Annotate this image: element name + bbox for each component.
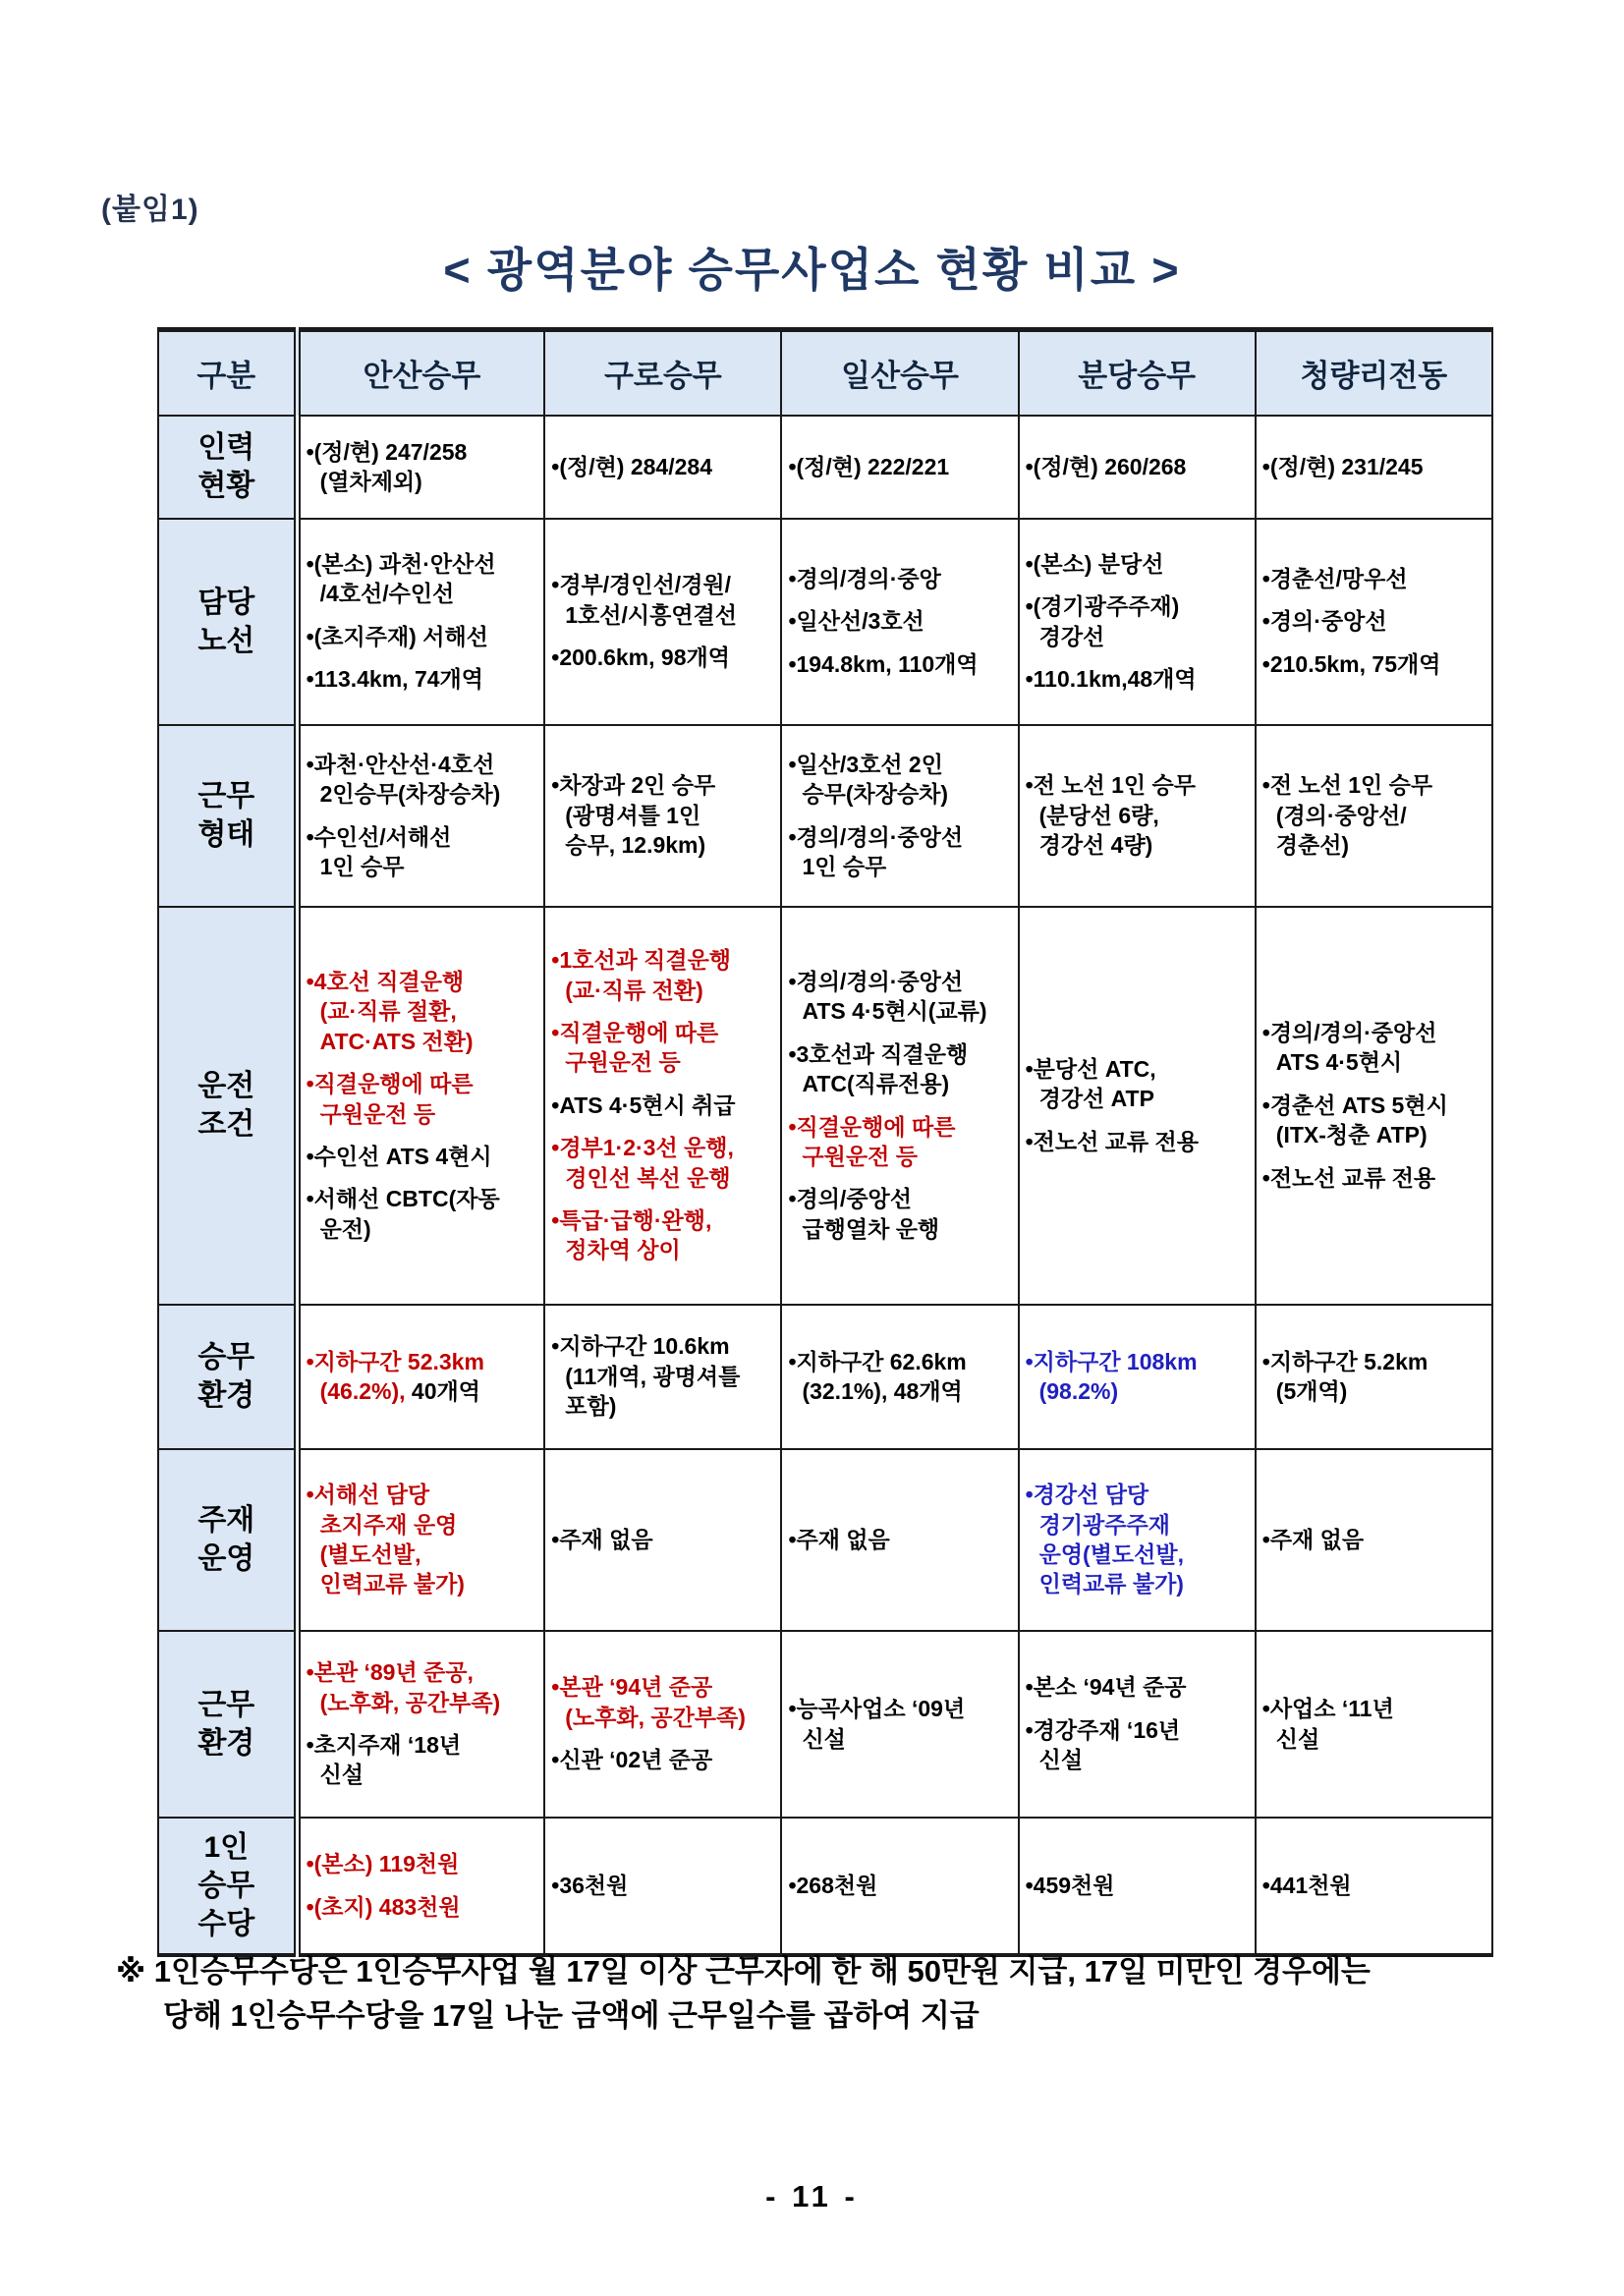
table-row-duty-type: 근무 형태•과천·안산선·4호선 2인승무(차장승차)•수인선/서해선 1인 승… (158, 725, 1492, 907)
bullet-item-text: •전노선 교류 전용 (1026, 1129, 1199, 1154)
bullet-item: •직결운행에 따른 구원운전 등 (788, 1112, 1011, 1172)
bullet-item: •(본소) 119천원 (307, 1849, 538, 1878)
column-header-office-3: 일산승무 (781, 330, 1018, 416)
bullet-item-text: •주재 없음 (1262, 1527, 1364, 1552)
bullet-item-text: •경부1·2·3선 운행, 경인선 복선 운행 (551, 1135, 734, 1190)
cell-work-environment-col2: •본관 ‘94년 준공 (노후화, 공간부족)•신관 ‘02년 준공 (544, 1631, 781, 1818)
bullet-item: •4호선 직결운행 (교·직류 절환, ATC·ATS 전환) (307, 967, 538, 1056)
cell-manpower-col3: •(정/현) 222/221 (781, 416, 1018, 519)
bullet-item-text: •경춘선 ATS 5현시 (ITX-청춘 ATP) (1262, 1092, 1448, 1148)
bullet-item: •전 노선 1인 승무 (분당선 6량, 경강선 4량) (1026, 770, 1249, 860)
bullet-item-text: •36천원 (551, 1873, 628, 1898)
bullet-item: •전노선 교류 전용 (1026, 1127, 1249, 1156)
bullet-item: •200.6km, 98개역 (551, 643, 774, 672)
bullet-item: •본관 ‘94년 준공 (노후화, 공간부족) (551, 1672, 774, 1732)
page-number: - 11 - (0, 2179, 1624, 2214)
bullet-item-text: •직결운행에 따른 구원운전 등 (788, 1114, 955, 1169)
bullet-item: •일산/3호선 2인 승무(차장승차) (788, 750, 1011, 810)
bullet-item-text: •110.1km,48개역 (1026, 666, 1197, 692)
cell-work-environment-col5: •사업소 ‘11년 신설 (1256, 1631, 1492, 1818)
bullet-item: •경의·중앙선 (1262, 606, 1485, 636)
footnote-line-1: ※ 1인승무수당은 1인승무사업 월 17일 이상 근무자에 한 해 50만원 … (116, 1950, 1521, 1994)
bullet-item: •본관 ‘89년 준공, (노후화, 공간부족) (307, 1657, 538, 1717)
bullet-item: •특급·급행·완행, 정차역 상이 (551, 1205, 774, 1265)
cell-solo-crew-allowance-col3: •268천원 (781, 1818, 1018, 1955)
bullet-item: •수인선 ATS 4현시 (307, 1142, 538, 1171)
bullet-item-text: •본소 ‘94년 준공 (1026, 1674, 1187, 1700)
cell-solo-crew-allowance-col2: •36천원 (544, 1818, 781, 1955)
bullet-item: •194.8km, 110개역 (788, 649, 1011, 679)
cell-manpower-col4: •(정/현) 260/268 (1019, 416, 1256, 519)
bullet-item: •수인선/서해선 1인 승무 (307, 822, 538, 882)
bullet-item: •(본소) 분당선 (1026, 549, 1249, 579)
bullet-item-text: •사업소 ‘11년 신설 (1262, 1696, 1394, 1751)
bullet-item-text: •본관 ‘89년 준공, (노후화, 공간부족) (307, 1659, 501, 1714)
bullet-item-text: •분당선 ATC, 경강선 ATP (1026, 1056, 1156, 1111)
bullet-item: •지하구간 108km (98.2%) (1026, 1347, 1249, 1407)
bullet-item-text: •수인선 ATS 4현시 (307, 1144, 492, 1169)
bullet-item: •사업소 ‘11년 신설 (1262, 1694, 1485, 1754)
footnote: ※ 1인승무수당은 1인승무사업 월 17일 이상 근무자에 한 해 50만원 … (116, 1950, 1521, 2039)
cell-assigned-lines-col2: •경부/경인선/경원/ 1호선/시흥연결선•200.6km, 98개역 (544, 519, 781, 725)
bullet-item-text: •(정/현) 247/258 (열차제외) (307, 439, 468, 494)
cell-resident-operation-col2: •주재 없음 (544, 1449, 781, 1631)
bullet-item: •경춘선/망우선 (1262, 564, 1485, 593)
row-label-resident-operation: 주재 운영 (158, 1449, 297, 1631)
cell-crew-environment-col2: •지하구간 10.6km (11개역, 광명셔틀 포함) (544, 1305, 781, 1449)
table-body: 인력 현황•(정/현) 247/258 (열차제외)•(정/현) 284/284… (158, 416, 1492, 1955)
bullet-item-text: •직결운행에 따른 구원운전 등 (551, 1020, 718, 1075)
bullet-item: •(정/현) 222/221 (788, 452, 1011, 481)
attachment-label: (붙임1) (101, 185, 199, 228)
cell-driving-conditions-col5: •경의/경의·중앙선 ATS 4·5현시•경춘선 ATS 5현시 (ITX-청춘… (1256, 907, 1492, 1305)
cell-duty-type-col2: •차장과 2인 승무 (광명셔틀 1인 승무, 12.9km) (544, 725, 781, 907)
bullet-item-text: •직결운행에 따른 구원운전 등 (307, 1071, 474, 1126)
bullet-item: •경부/경인선/경원/ 1호선/시흥연결선 (551, 570, 774, 630)
bullet-item: •전노선 교류 전용 (1262, 1163, 1485, 1193)
table-row-crew-environment: 승무 환경•지하구간 52.3km (46.2%), 40개역•지하구간 10.… (158, 1305, 1492, 1449)
bullet-item-text: •(정/현) 260/268 (1026, 454, 1187, 479)
bullet-item: •(경기광주주재) 경강선 (1026, 591, 1249, 651)
cell-duty-type-col3: •일산/3호선 2인 승무(차장승차)•경의/경의·중앙선 1인 승무 (781, 725, 1018, 907)
bullet-item: •(초지) 483천원 (307, 1892, 538, 1922)
cell-resident-operation-col3: •주재 없음 (781, 1449, 1018, 1631)
bullet-item: •지하구간 62.6km (32.1%), 48개역 (788, 1347, 1011, 1407)
bullet-item: •경강주재 ‘16년 신설 (1026, 1715, 1249, 1775)
bullet-item: •주재 없음 (1262, 1525, 1485, 1554)
cell-manpower-col2: •(정/현) 284/284 (544, 416, 781, 519)
bullet-item-text: •지하구간 62.6km (32.1%), 48개역 (788, 1349, 966, 1404)
cell-work-environment-col4: •본소 ‘94년 준공•경강주재 ‘16년 신설 (1019, 1631, 1256, 1818)
header-row: 구분안산승무구로승무일산승무분당승무청량리전동 (158, 330, 1492, 416)
cell-solo-crew-allowance-col4: •459천원 (1019, 1818, 1256, 1955)
cell-solo-crew-allowance-col1: •(본소) 119천원•(초지) 483천원 (297, 1818, 544, 1955)
bullet-item-text: •과천·안산선·4호선 2인승무(차장승차) (307, 752, 501, 807)
bullet-item-text: •1호선과 직결운행 (교·직류 전환) (551, 947, 731, 1002)
bullet-item-text: •(초지) 483천원 (307, 1894, 461, 1920)
document-page: (붙임1) < 광역분야 승무사업소 현황 비교 > 구분안산승무구로승무일산승… (0, 0, 1624, 2296)
bullet-item-text: •(경기광주주재) 경강선 (1026, 593, 1180, 648)
bullet-item-text: •초지주재 ‘18년 신설 (307, 1732, 462, 1787)
cell-driving-conditions-col2: •1호선과 직결운행 (교·직류 전환)•직결운행에 따른 구원운전 등•ATS… (544, 907, 781, 1305)
bullet-item: •직결운행에 따른 구원운전 등 (551, 1018, 774, 1078)
cell-solo-crew-allowance-col5: •441천원 (1256, 1818, 1492, 1955)
bullet-item-text: •지하구간 5.2km (5개역) (1262, 1349, 1428, 1404)
bullet-item: •과천·안산선·4호선 2인승무(차장승차) (307, 750, 538, 810)
bullet-item: •경의/중앙선 급행열차 운행 (788, 1184, 1011, 1244)
table-row-work-environment: 근무 환경•본관 ‘89년 준공, (노후화, 공간부족)•초지주재 ‘18년 … (158, 1631, 1492, 1818)
bullet-item: •경춘선 ATS 5현시 (ITX-청춘 ATP) (1262, 1091, 1485, 1150)
bullet-item: •(초지주재) 서해선 (307, 622, 538, 651)
bullet-item-text: •ATS 4·5현시 취급 (551, 1092, 735, 1118)
cell-work-environment-col1: •본관 ‘89년 준공, (노후화, 공간부족)•초지주재 ‘18년 신설 (297, 1631, 544, 1818)
bullet-item: •경의/경의·중앙선 ATS 4·5현시 (1262, 1018, 1485, 1078)
bullet-item-text: •본관 ‘94년 준공 (노후화, 공간부족) (551, 1674, 746, 1729)
bullet-item: •268천원 (788, 1871, 1011, 1900)
column-header-office-1: 안산승무 (297, 330, 544, 416)
bullet-item-text: •전노선 교류 전용 (1262, 1165, 1435, 1191)
cell-assigned-lines-col4: •(본소) 분당선•(경기광주주재) 경강선•110.1km,48개역 (1019, 519, 1256, 725)
bullet-item-text: •(본소) 과천·안산선 /4호선/수인선 (307, 551, 496, 606)
bullet-item-text: •전 노선 1인 승무 (분당선 6량, 경강선 4량) (1026, 772, 1196, 858)
bullet-item: •주재 없음 (788, 1525, 1011, 1554)
cell-crew-environment-col4: •지하구간 108km (98.2%) (1019, 1305, 1256, 1449)
bullet-item-text: •전 노선 1인 승무 (경의·중앙선/ 경춘선) (1262, 772, 1432, 858)
bullet-item: •441천원 (1262, 1871, 1485, 1900)
bullet-item-text: •(본소) 분당선 (1026, 551, 1164, 577)
table-row-manpower: 인력 현황•(정/현) 247/258 (열차제외)•(정/현) 284/284… (158, 416, 1492, 519)
bullet-item-text: •일산선/3호선 (788, 608, 924, 634)
bullet-item-text: •주재 없음 (788, 1527, 889, 1552)
bullet-item-text: •210.5km, 75개역 (1262, 651, 1441, 677)
row-label-driving-conditions: 운전 조건 (158, 907, 297, 1305)
bullet-item: •일산선/3호선 (788, 606, 1011, 636)
bullet-item: •459천원 (1026, 1871, 1249, 1900)
footnote-line-2: 당해 1인승무수당을 17일 나눈 금액에 근무일수를 곱하여 지급 (116, 1994, 1521, 2039)
cell-assigned-lines-col1: •(본소) 과천·안산선 /4호선/수인선•(초지주재) 서해선•113.4km… (297, 519, 544, 725)
bullet-item-text: •경의·중앙선 (1262, 608, 1387, 634)
bullet-item-text: •441천원 (1262, 1873, 1352, 1898)
cell-assigned-lines-col3: •경의/경의·중앙•일산선/3호선•194.8km, 110개역 (781, 519, 1018, 725)
bullet-item: •(정/현) 247/258 (열차제외) (307, 437, 538, 497)
bullet-item: •차장과 2인 승무 (광명셔틀 1인 승무, 12.9km) (551, 770, 774, 860)
bullet-item: •지하구간 5.2km (5개역) (1262, 1347, 1485, 1407)
bullet-item-text: •(정/현) 284/284 (551, 454, 712, 479)
bullet-item-text: •194.8km, 110개역 (788, 651, 978, 677)
bullet-item: •(정/현) 284/284 (551, 452, 774, 481)
bullet-item-text: •3호선과 직결운행 ATC(직류전용) (788, 1041, 968, 1096)
bullet-item: •분당선 ATC, 경강선 ATP (1026, 1054, 1249, 1114)
bullet-item-text: •268천원 (788, 1873, 877, 1898)
column-header-label: 구분 (158, 330, 297, 416)
bullet-item: •210.5km, 75개역 (1262, 649, 1485, 679)
bullet-item: •경의/경의·중앙 (788, 564, 1011, 593)
cell-driving-conditions-col4: •분당선 ATC, 경강선 ATP•전노선 교류 전용 (1019, 907, 1256, 1305)
bullet-item-text: 40개역 (406, 1378, 480, 1404)
bullet-item-text: •주재 없음 (551, 1527, 652, 1552)
bullet-item: •능곡사업소 ‘09년 신설 (788, 1694, 1011, 1754)
row-label-solo-crew-allowance: 1인 승무 수당 (158, 1818, 297, 1955)
bullet-item: •주재 없음 (551, 1525, 774, 1554)
bullet-item-text: •경의/경의·중앙선 1인 승무 (788, 824, 963, 879)
bullet-item-text: •지하구간 108km (98.2%) (1026, 1349, 1198, 1404)
cell-duty-type-col4: •전 노선 1인 승무 (분당선 6량, 경강선 4량) (1019, 725, 1256, 907)
column-header-office-4: 분당승무 (1019, 330, 1256, 416)
bullet-item: •신관 ‘02년 준공 (551, 1745, 774, 1774)
row-label-crew-environment: 승무 환경 (158, 1305, 297, 1449)
bullet-item-text: •경의/중앙선 급행열차 운행 (788, 1186, 939, 1241)
bullet-item: •(정/현) 231/245 (1262, 452, 1485, 481)
bullet-item: •경의/경의·중앙선 ATS 4·5현시(교류) (788, 967, 1011, 1027)
row-label-manpower: 인력 현황 (158, 416, 297, 519)
bullet-item: •3호선과 직결운행 ATC(직류전용) (788, 1039, 1011, 1099)
bullet-item: •(본소) 과천·안산선 /4호선/수인선 (307, 549, 538, 609)
bullet-item: •본소 ‘94년 준공 (1026, 1672, 1249, 1702)
bullet-item-text: •(본소) 119천원 (307, 1851, 460, 1876)
bullet-item-text: •(정/현) 222/221 (788, 454, 949, 479)
bullet-item: •서해선 담당 초지주재 운영 (별도선발, 인력교류 불가) (307, 1480, 538, 1598)
bullet-item-text: •지하구간 10.6km (11개역, 광명셔틀 포함) (551, 1333, 740, 1419)
bullet-item-text: •경강선 담당 경기광주주재 운영(별도선발, 인력교류 불가) (1026, 1482, 1184, 1596)
bullet-item-text: •경부/경인선/경원/ 1호선/시흥연결선 (551, 572, 737, 627)
bullet-item-text: •차장과 2인 승무 (광명셔틀 1인 승무, 12.9km) (551, 772, 715, 858)
cell-manpower-col1: •(정/현) 247/258 (열차제외) (297, 416, 544, 519)
bullet-item: •경강선 담당 경기광주주재 운영(별도선발, 인력교류 불가) (1026, 1480, 1249, 1598)
cell-driving-conditions-col3: •경의/경의·중앙선 ATS 4·5현시(교류)•3호선과 직결운행 ATC(직… (781, 907, 1018, 1305)
table-head: 구분안산승무구로승무일산승무분당승무청량리전동 (158, 330, 1492, 416)
bullet-item-text: •(초지주재) 서해선 (307, 624, 488, 649)
bullet-item-text: •서해선 CBTC(자동 운전) (307, 1186, 500, 1241)
bullet-item: •초지주재 ‘18년 신설 (307, 1730, 538, 1790)
bullet-item: •1호선과 직결운행 (교·직류 전환) (551, 945, 774, 1005)
bullet-item-text: •경춘선/망우선 (1262, 566, 1408, 591)
bullet-item-text: •200.6km, 98개역 (551, 644, 730, 670)
bullet-item-text: •신관 ‘02년 준공 (551, 1747, 712, 1772)
table-row-driving-conditions: 운전 조건•4호선 직결운행 (교·직류 절환, ATC·ATS 전환)•직결운… (158, 907, 1492, 1305)
bullet-item: •113.4km, 74개역 (307, 664, 538, 694)
cell-driving-conditions-col1: •4호선 직결운행 (교·직류 절환, ATC·ATS 전환)•직결운행에 따른… (297, 907, 544, 1305)
bullet-item-text: •113.4km, 74개역 (307, 666, 483, 692)
cell-work-environment-col3: •능곡사업소 ‘09년 신설 (781, 1631, 1018, 1818)
bullet-item: •ATS 4·5현시 취급 (551, 1091, 774, 1120)
cell-crew-environment-col3: •지하구간 62.6km (32.1%), 48개역 (781, 1305, 1018, 1449)
bullet-item-text: •능곡사업소 ‘09년 신설 (788, 1696, 965, 1751)
bullet-item-text: •일산/3호선 2인 승무(차장승차) (788, 752, 948, 807)
table-row-resident-operation: 주재 운영•서해선 담당 초지주재 운영 (별도선발, 인력교류 불가)•주재 … (158, 1449, 1492, 1631)
cell-crew-environment-col1: •지하구간 52.3km (46.2%), 40개역 (297, 1305, 544, 1449)
bullet-item: •110.1km,48개역 (1026, 664, 1249, 694)
page-title: < 광역분야 승무사업소 현황 비교 > (0, 234, 1624, 300)
row-label-assigned-lines: 담당 노선 (158, 519, 297, 725)
cell-resident-operation-col5: •주재 없음 (1256, 1449, 1492, 1631)
bullet-item: •지하구간 52.3km (46.2%), 40개역 (307, 1347, 538, 1407)
table-row-assigned-lines: 담당 노선•(본소) 과천·안산선 /4호선/수인선•(초지주재) 서해선•11… (158, 519, 1492, 725)
bullet-item: •전 노선 1인 승무 (경의·중앙선/ 경춘선) (1262, 770, 1485, 860)
row-label-duty-type: 근무 형태 (158, 725, 297, 907)
bullet-item: •서해선 CBTC(자동 운전) (307, 1184, 538, 1244)
table-row-solo-crew-allowance: 1인 승무 수당•(본소) 119천원•(초지) 483천원•36천원•268천… (158, 1818, 1492, 1955)
comparison-table: 구분안산승무구로승무일산승무분당승무청량리전동 인력 현황•(정/현) 247/… (157, 327, 1493, 1957)
bullet-item-text: •경의/경의·중앙선 ATS 4·5현시 (1262, 1020, 1437, 1075)
cell-manpower-col5: •(정/현) 231/245 (1256, 416, 1492, 519)
bullet-item-text: •459천원 (1026, 1873, 1115, 1898)
bullet-item-text: •4호선 직결운행 (교·직류 절환, ATC·ATS 전환) (307, 969, 474, 1054)
bullet-item: •(정/현) 260/268 (1026, 452, 1249, 481)
cell-resident-operation-col4: •경강선 담당 경기광주주재 운영(별도선발, 인력교류 불가) (1019, 1449, 1256, 1631)
bullet-item-text: •경의/경의·중앙선 ATS 4·5현시(교류) (788, 969, 986, 1024)
bullet-item: •직결운행에 따른 구원운전 등 (307, 1069, 538, 1129)
bullet-item: •36천원 (551, 1871, 774, 1900)
row-label-work-environment: 근무 환경 (158, 1631, 297, 1818)
bullet-item: •지하구간 10.6km (11개역, 광명셔틀 포함) (551, 1331, 774, 1421)
cell-duty-type-col1: •과천·안산선·4호선 2인승무(차장승차)•수인선/서해선 1인 승무 (297, 725, 544, 907)
column-header-office-5: 청량리전동 (1256, 330, 1492, 416)
cell-assigned-lines-col5: •경춘선/망우선•경의·중앙선•210.5km, 75개역 (1256, 519, 1492, 725)
cell-resident-operation-col1: •서해선 담당 초지주재 운영 (별도선발, 인력교류 불가) (297, 1449, 544, 1631)
bullet-item-text: •서해선 담당 초지주재 운영 (별도선발, 인력교류 불가) (307, 1482, 465, 1596)
bullet-item-text: •(정/현) 231/245 (1262, 454, 1424, 479)
cell-crew-environment-col5: •지하구간 5.2km (5개역) (1256, 1305, 1492, 1449)
bullet-item: •경부1·2·3선 운행, 경인선 복선 운행 (551, 1133, 774, 1193)
cell-duty-type-col5: •전 노선 1인 승무 (경의·중앙선/ 경춘선) (1256, 725, 1492, 907)
bullet-item-text: •경강주재 ‘16년 신설 (1026, 1717, 1181, 1772)
bullet-item-text: •수인선/서해선 1인 승무 (307, 824, 452, 879)
column-header-office-2: 구로승무 (544, 330, 781, 416)
bullet-item-text: •경의/경의·중앙 (788, 566, 940, 591)
bullet-item-text: •특급·급행·완행, 정차역 상이 (551, 1207, 711, 1262)
bullet-item: •경의/경의·중앙선 1인 승무 (788, 822, 1011, 882)
